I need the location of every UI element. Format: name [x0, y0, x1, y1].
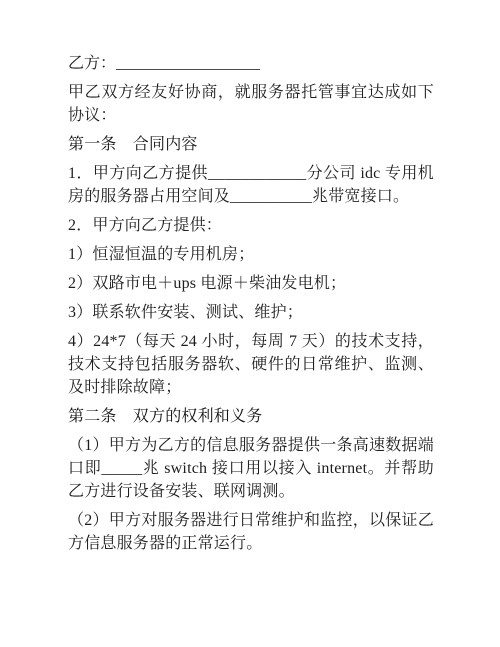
document-page: 乙方：__________________甲乙双方经友好协商，就服务器托管事宜达… [0, 0, 500, 647]
paragraph: 4）24*7（每天 24 小时，每周 7 天）的技术支持，技术支持包括服务器软、… [68, 330, 434, 399]
paragraph: 1）恒湿恒温的专用机房； [68, 243, 434, 266]
paragraph: 2．甲方向乙方提供： [68, 214, 434, 237]
paragraph: 1．甲方向乙方提供____________分公司 idc 专用机房的服务器占用空… [68, 162, 434, 208]
paragraph: 2）双路市电＋ups 电源＋柴油发电机； [68, 272, 434, 295]
party-b-blank-line: 乙方：__________________ [68, 52, 434, 75]
section-heading: 第一条 合同内容 [68, 133, 434, 156]
paragraph: （1）甲方为乙方的信息服务器提供一条高速数据端口即_____兆 switch 接… [68, 434, 434, 503]
paragraph: 3）联系软件安装、测试、维护； [68, 301, 434, 324]
document-body: 乙方：__________________甲乙双方经友好协商，就服务器托管事宜达… [68, 52, 434, 555]
paragraph: （2）甲方对服务器进行日常维护和监控，以保证乙方信息服务器的正常运行。 [68, 509, 434, 555]
paragraph: 甲乙双方经友好协商，就服务器托管事宜达成如下协议： [68, 81, 434, 127]
section-heading: 第二条 双方的权利和义务 [68, 405, 434, 428]
